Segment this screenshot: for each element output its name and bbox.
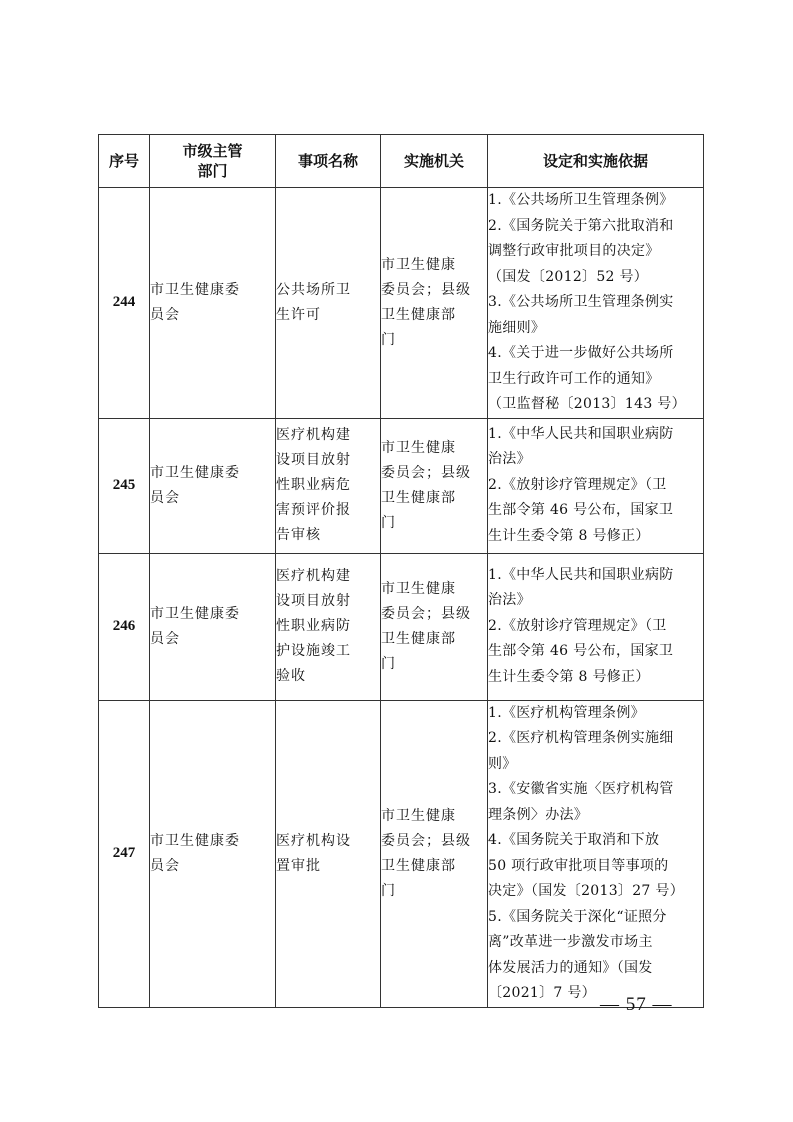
table-row: 246 市卫生健康委 员会 医疗机构建 设项目放射 性职业病防 护设施竣工 验收…	[99, 553, 704, 700]
text-line: 市卫生健康委	[150, 278, 275, 303]
row-legal-basis: 1.《中华人民共和国职业病防 治法》 2.《放射诊疗管理规定》（卫 生部令第 4…	[488, 553, 704, 700]
text-line: 员会	[150, 854, 275, 879]
text-line: 护设施竣工	[276, 639, 380, 664]
text-line: 员会	[150, 486, 275, 511]
text-line: 2.《放射诊疗管理规定》（卫	[488, 614, 703, 640]
text-line: 医疗机构建	[276, 564, 380, 589]
row-department: 市卫生健康委 员会	[150, 418, 276, 553]
text-line: 调整行政审批项目的决定》	[488, 239, 703, 265]
header-department: 市级主管 部门	[150, 135, 276, 188]
text-line: 生部令第 46 号公布，国家卫	[488, 639, 703, 665]
row-legal-basis: 1.《公共场所卫生管理条例》 2.《国务院关于第六批取消和 调整行政审批项目的决…	[488, 188, 704, 419]
text-line: 卫生健康部	[381, 303, 487, 328]
row-number: 244	[99, 188, 150, 419]
text-line: 离”改革进一步激发市场主	[488, 930, 703, 956]
text-line: 员会	[150, 627, 275, 652]
text-line: 3.《安徽省实施〈医疗机构管	[488, 777, 703, 803]
text-line: 卫生行政许可工作的通知》	[488, 367, 703, 393]
text-line: 4.《关于进一步做好公共场所	[488, 341, 703, 367]
row-number: 246	[99, 553, 150, 700]
text-line: 门	[381, 879, 487, 904]
text-line: 验收	[276, 664, 380, 689]
text-line: 市卫生健康	[381, 804, 487, 829]
row-item-name: 医疗机构设 置审批	[276, 700, 381, 1007]
row-legal-basis: 1.《医疗机构管理条例》 2.《医疗机构管理条例实施细 则》 3.《安徽省实施〈…	[488, 700, 704, 1007]
text-line: 1.《中华人民共和国职业病防	[488, 563, 703, 589]
administrative-permission-table: 序号 市级主管 部门 事项名称 实施机关 设定和实施依据 244 市卫生健康委 …	[98, 134, 704, 1008]
text-line: （国发〔2012〕52 号）	[488, 265, 703, 291]
text-line: 市卫生健康委	[150, 461, 275, 486]
text-line: 卫生健康部	[381, 627, 487, 652]
text-line: 1.《中华人民共和国职业病防	[488, 422, 703, 448]
row-agency: 市卫生健康 委员会；县级 卫生健康部 门	[381, 553, 488, 700]
text-line: 公共场所卫	[276, 278, 380, 303]
text-line: 委员会；县级	[381, 461, 487, 486]
text-line: 市卫生健康	[381, 436, 487, 461]
text-line: 决定》（国发〔2013〕27 号）	[488, 879, 703, 905]
text-line: （卫监督秘〔2013〕143 号）	[488, 392, 703, 418]
text-line: 门	[381, 511, 487, 536]
page-number: — 57 —	[600, 994, 673, 1016]
text-line: 设项目放射	[276, 448, 380, 473]
header-implementing-agency: 实施机关	[381, 135, 488, 188]
text-line: 委员会；县级	[381, 278, 487, 303]
header-department-line: 部门	[150, 161, 275, 181]
header-legal-basis: 设定和实施依据	[488, 135, 704, 188]
text-line: 市卫生健康	[381, 577, 487, 602]
row-number: 245	[99, 418, 150, 553]
text-line: 体发展活力的通知》（国发	[488, 956, 703, 982]
text-line: 医疗机构建	[276, 423, 380, 448]
row-department: 市卫生健康委 员会	[150, 700, 276, 1007]
text-line: 门	[381, 328, 487, 353]
text-line: 性职业病危	[276, 473, 380, 498]
text-line: 50 项行政审批项目等事项的	[488, 854, 703, 880]
text-line: 医疗机构设	[276, 829, 380, 854]
row-department: 市卫生健康委 员会	[150, 188, 276, 419]
row-number: 247	[99, 700, 150, 1007]
row-agency: 市卫生健康 委员会；县级 卫生健康部 门	[381, 188, 488, 419]
text-line: 1.《公共场所卫生管理条例》	[488, 188, 703, 214]
row-agency: 市卫生健康 委员会；县级 卫生健康部 门	[381, 700, 488, 1007]
text-line: 2.《国务院关于第六批取消和	[488, 214, 703, 240]
text-line: 置审批	[276, 854, 380, 879]
text-line: 委员会；县级	[381, 602, 487, 627]
text-line: 理条例〉办法》	[488, 803, 703, 829]
text-line: 生部令第 46 号公布，国家卫	[488, 498, 703, 524]
text-line: 3.《公共场所卫生管理条例实	[488, 290, 703, 316]
row-agency: 市卫生健康 委员会；县级 卫生健康部 门	[381, 418, 488, 553]
row-item-name: 医疗机构建 设项目放射 性职业病危 害预评价报 告审核	[276, 418, 381, 553]
text-line: 门	[381, 652, 487, 677]
text-line: 施细则》	[488, 316, 703, 342]
table-header-row: 序号 市级主管 部门 事项名称 实施机关 设定和实施依据	[99, 135, 704, 188]
text-line: 设项目放射	[276, 589, 380, 614]
text-line: 生计生委令第 8 号修正）	[488, 524, 703, 550]
text-line: 卫生健康部	[381, 854, 487, 879]
text-line: 5.《国务院关于深化“证照分	[488, 905, 703, 931]
text-line: 卫生健康部	[381, 486, 487, 511]
text-line: 生计生委令第 8 号修正）	[488, 665, 703, 691]
text-line: 害预评价报	[276, 498, 380, 523]
header-serial-number: 序号	[99, 135, 150, 188]
text-line: 治法》	[488, 447, 703, 473]
text-line: 市卫生健康	[381, 253, 487, 278]
row-legal-basis: 1.《中华人民共和国职业病防 治法》 2.《放射诊疗管理规定》（卫 生部令第 4…	[488, 418, 704, 553]
table-row: 245 市卫生健康委 员会 医疗机构建 设项目放射 性职业病危 害预评价报 告审…	[99, 418, 704, 553]
document-page: 序号 市级主管 部门 事项名称 实施机关 设定和实施依据 244 市卫生健康委 …	[0, 0, 793, 1122]
text-line: 生许可	[276, 303, 380, 328]
text-line: 市卫生健康委	[150, 829, 275, 854]
table-row: 244 市卫生健康委 员会 公共场所卫 生许可 市卫生健康 委员会；县级 卫生健…	[99, 188, 704, 419]
text-line: 告审核	[276, 523, 380, 548]
header-item-name: 事项名称	[276, 135, 381, 188]
row-item-name: 公共场所卫 生许可	[276, 188, 381, 419]
text-line: 2.《医疗机构管理条例实施细	[488, 726, 703, 752]
row-item-name: 医疗机构建 设项目放射 性职业病防 护设施竣工 验收	[276, 553, 381, 700]
row-department: 市卫生健康委 员会	[150, 553, 276, 700]
text-line: 则》	[488, 752, 703, 778]
table-row: 247 市卫生健康委 员会 医疗机构设 置审批 市卫生健康 委员会；县级 卫生健…	[99, 700, 704, 1007]
text-line: 员会	[150, 303, 275, 328]
text-line: 1.《医疗机构管理条例》	[488, 701, 703, 727]
text-line: 市卫生健康委	[150, 602, 275, 627]
text-line: 4.《国务院关于取消和下放	[488, 828, 703, 854]
text-line: 治法》	[488, 588, 703, 614]
text-line: 委员会；县级	[381, 829, 487, 854]
header-department-line: 市级主管	[150, 141, 275, 161]
text-line: 性职业病防	[276, 614, 380, 639]
text-line: 2.《放射诊疗管理规定》（卫	[488, 473, 703, 499]
